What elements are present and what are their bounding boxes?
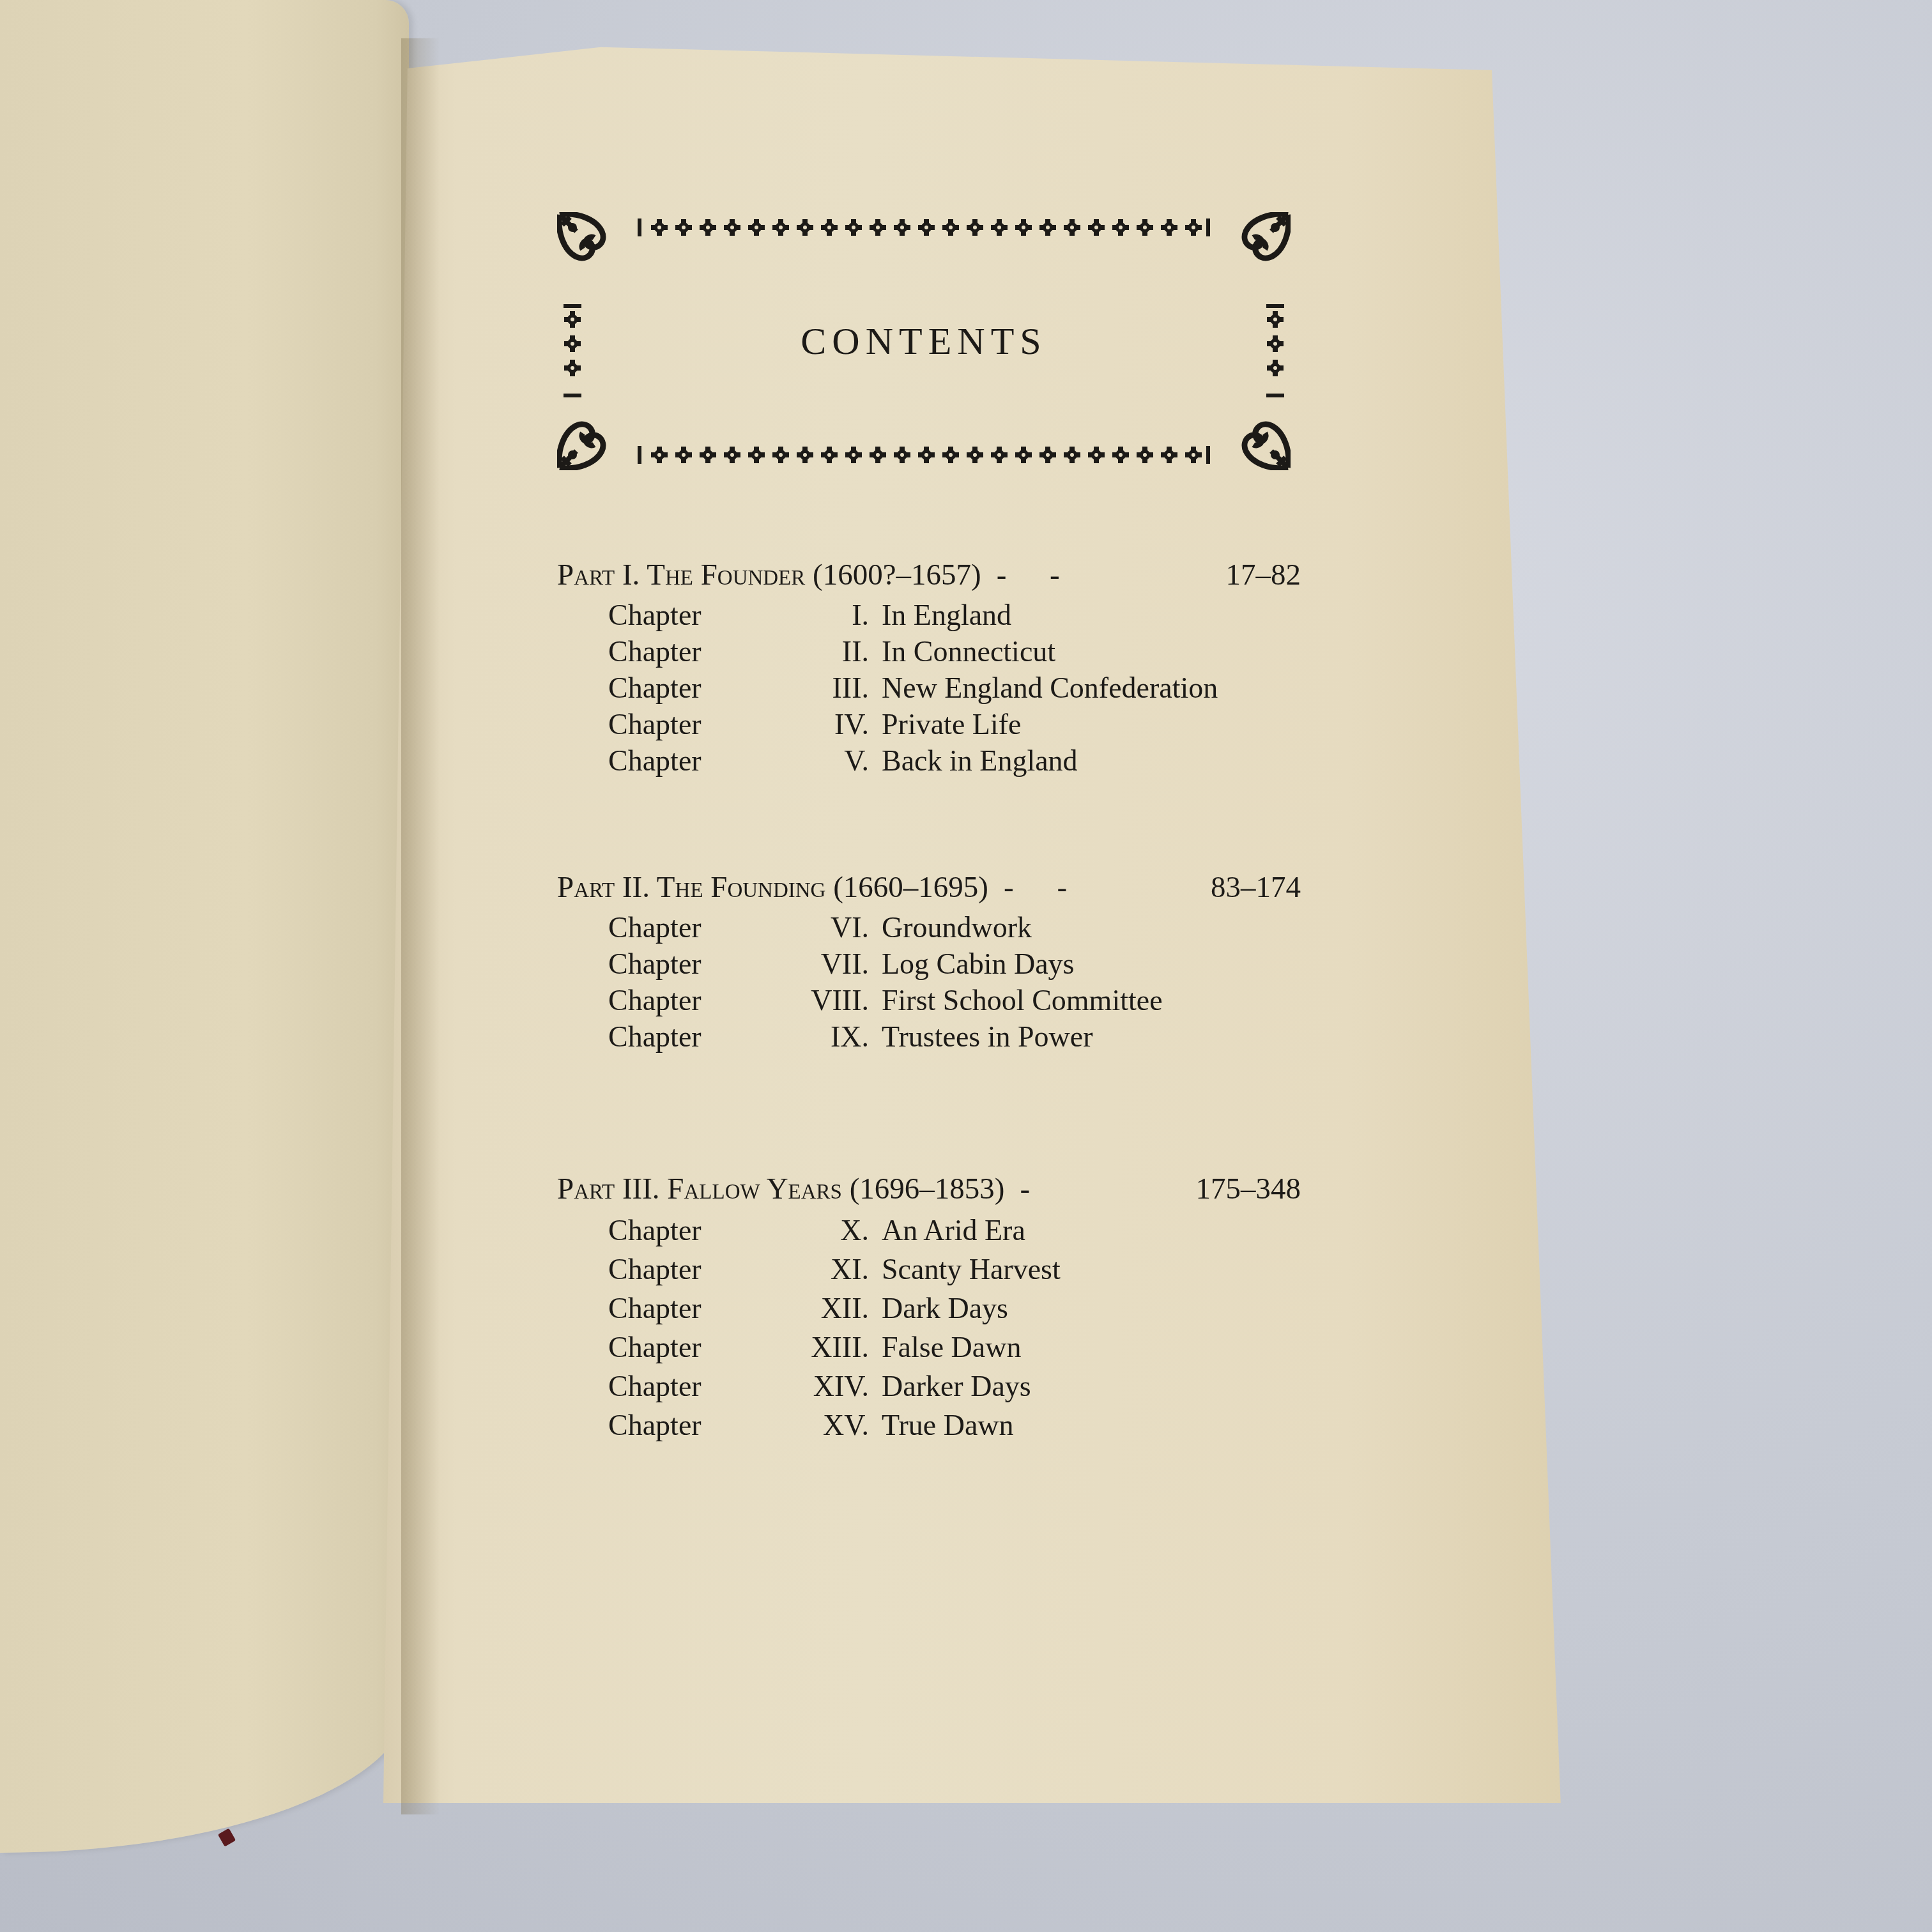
chapter-title: Darker Days — [882, 1367, 1031, 1406]
chapter-number: XIII. — [736, 1328, 882, 1367]
chapter-number: III. — [736, 670, 882, 706]
chapter-title: Back in England — [882, 742, 1078, 779]
left-page — [0, 0, 409, 1853]
chapter-entry: ChapterIV.Private Life — [557, 706, 1311, 742]
page-range: 175–348 — [1196, 1170, 1312, 1208]
chapter-entry: ChapterXII.Dark Days — [557, 1289, 1311, 1328]
chapter-entry: ChapterX.An Arid Era — [557, 1211, 1311, 1250]
chapter-entry: ChapterXI.Scanty Harvest — [557, 1250, 1311, 1289]
chapter-word: Chapter — [608, 1250, 736, 1289]
chapter-word: Chapter — [608, 1289, 736, 1328]
spine-gutter — [401, 38, 440, 1814]
chapter-word: Chapter — [608, 742, 736, 779]
chapter-title: Private Life — [882, 706, 1021, 742]
chapter-number: XV. — [736, 1406, 882, 1445]
chapter-entry: ChapterII.In Connecticut — [557, 633, 1311, 670]
part-label: Part I. The Founder (1600?–1657) — [557, 556, 981, 594]
top-border — [651, 219, 1202, 236]
part-heading: Part I. The Founder (1600?–1657) - - 17–… — [557, 556, 1311, 594]
chapter-entry: ChapterXV.True Dawn — [557, 1406, 1311, 1445]
chapter-entry: ChapterVII.Log Cabin Days — [557, 946, 1311, 982]
chapter-entry: ChapterIX.Trustees in Power — [557, 1018, 1311, 1055]
chapter-word: Chapter — [608, 633, 736, 670]
chapter-entry: ChapterV.Back in England — [557, 742, 1311, 779]
chapter-title: Dark Days — [882, 1289, 1008, 1328]
chapter-number: IV. — [736, 706, 882, 742]
chapter-number: V. — [736, 742, 882, 779]
chapter-title: Groundwork — [882, 909, 1032, 946]
part-heading: Part III. Fallow Years (1696–1853) - 175… — [557, 1170, 1311, 1208]
chapter-word: Chapter — [608, 1406, 736, 1445]
chapter-title: Scanty Harvest — [882, 1250, 1061, 1289]
chapter-title: In Connecticut — [882, 633, 1055, 670]
chapter-title: New England Confederation — [882, 670, 1218, 706]
chapter-number: XIV. — [736, 1367, 882, 1406]
leader-dashes: - — [1020, 1170, 1048, 1208]
chapter-word: Chapter — [608, 1367, 736, 1406]
chapter-number: VI. — [736, 909, 882, 946]
chapter-title: An Arid Era — [882, 1211, 1025, 1250]
page-range: 83–174 — [1211, 868, 1311, 907]
toc-part: Part I. The Founder (1600?–1657) - - 17–… — [557, 556, 1311, 779]
chapter-word: Chapter — [608, 1328, 736, 1367]
chapter-list: ChapterVI.Groundwork ChapterVII.Log Cabi… — [557, 909, 1311, 1055]
ornamental-frame: CONTENTS — [557, 212, 1291, 470]
part-label: Part III. Fallow Years (1696–1853) — [557, 1170, 1004, 1208]
chapter-word: Chapter — [608, 706, 736, 742]
leader-dashes: - - — [997, 556, 1078, 594]
chapter-title: In England — [882, 597, 1011, 633]
chapter-number: X. — [736, 1211, 882, 1250]
chapter-entry: ChapterVIII.First School Committee — [557, 982, 1311, 1018]
bottom-border — [651, 447, 1202, 463]
chapter-entry: ChapterXIII.False Dawn — [557, 1328, 1311, 1367]
chapter-number: I. — [736, 597, 882, 633]
chapter-title: Trustees in Power — [882, 1018, 1093, 1055]
page-range: 17–82 — [1226, 556, 1312, 594]
chapter-number: II. — [736, 633, 882, 670]
chapter-entry: ChapterIII.New England Confederation — [557, 670, 1311, 706]
chapter-word: Chapter — [608, 946, 736, 982]
chapter-title: First School Committee — [882, 982, 1163, 1018]
chapter-title: Log Cabin Days — [882, 946, 1075, 982]
chapter-number: XII. — [736, 1289, 882, 1328]
chapter-number: XI. — [736, 1250, 882, 1289]
chapter-list: ChapterI.In England ChapterII.In Connect… — [557, 597, 1311, 779]
toc-part: Part III. Fallow Years (1696–1853) - 175… — [557, 1170, 1311, 1445]
part-heading: Part II. The Founding (1660–1695) - - 83… — [557, 868, 1311, 907]
page-title: CONTENTS — [557, 319, 1291, 364]
chapter-word: Chapter — [608, 1211, 736, 1250]
chapter-number: VIII. — [736, 982, 882, 1018]
chapter-entry: ChapterVI.Groundwork — [557, 909, 1311, 946]
chapter-word: Chapter — [608, 909, 736, 946]
chapter-number: VII. — [736, 946, 882, 982]
chapter-number: IX. — [736, 1018, 882, 1055]
chapter-word: Chapter — [608, 597, 736, 633]
chapter-title: True Dawn — [882, 1406, 1014, 1445]
leader-dashes: - - — [1004, 868, 1085, 907]
chapter-word: Chapter — [608, 670, 736, 706]
chapter-entry: ChapterXIV.Darker Days — [557, 1367, 1311, 1406]
part-label: Part II. The Founding (1660–1695) — [557, 868, 988, 907]
toc-part: Part II. The Founding (1660–1695) - - 83… — [557, 868, 1311, 1055]
table-of-contents: Part I. The Founder (1600?–1657) - - 17–… — [557, 556, 1311, 1445]
chapter-title: False Dawn — [882, 1328, 1021, 1367]
chapter-word: Chapter — [608, 982, 736, 1018]
chapter-list: ChapterX.An Arid Era ChapterXI.Scanty Ha… — [557, 1211, 1311, 1445]
chapter-word: Chapter — [608, 1018, 736, 1055]
chapter-entry: ChapterI.In England — [557, 597, 1311, 633]
